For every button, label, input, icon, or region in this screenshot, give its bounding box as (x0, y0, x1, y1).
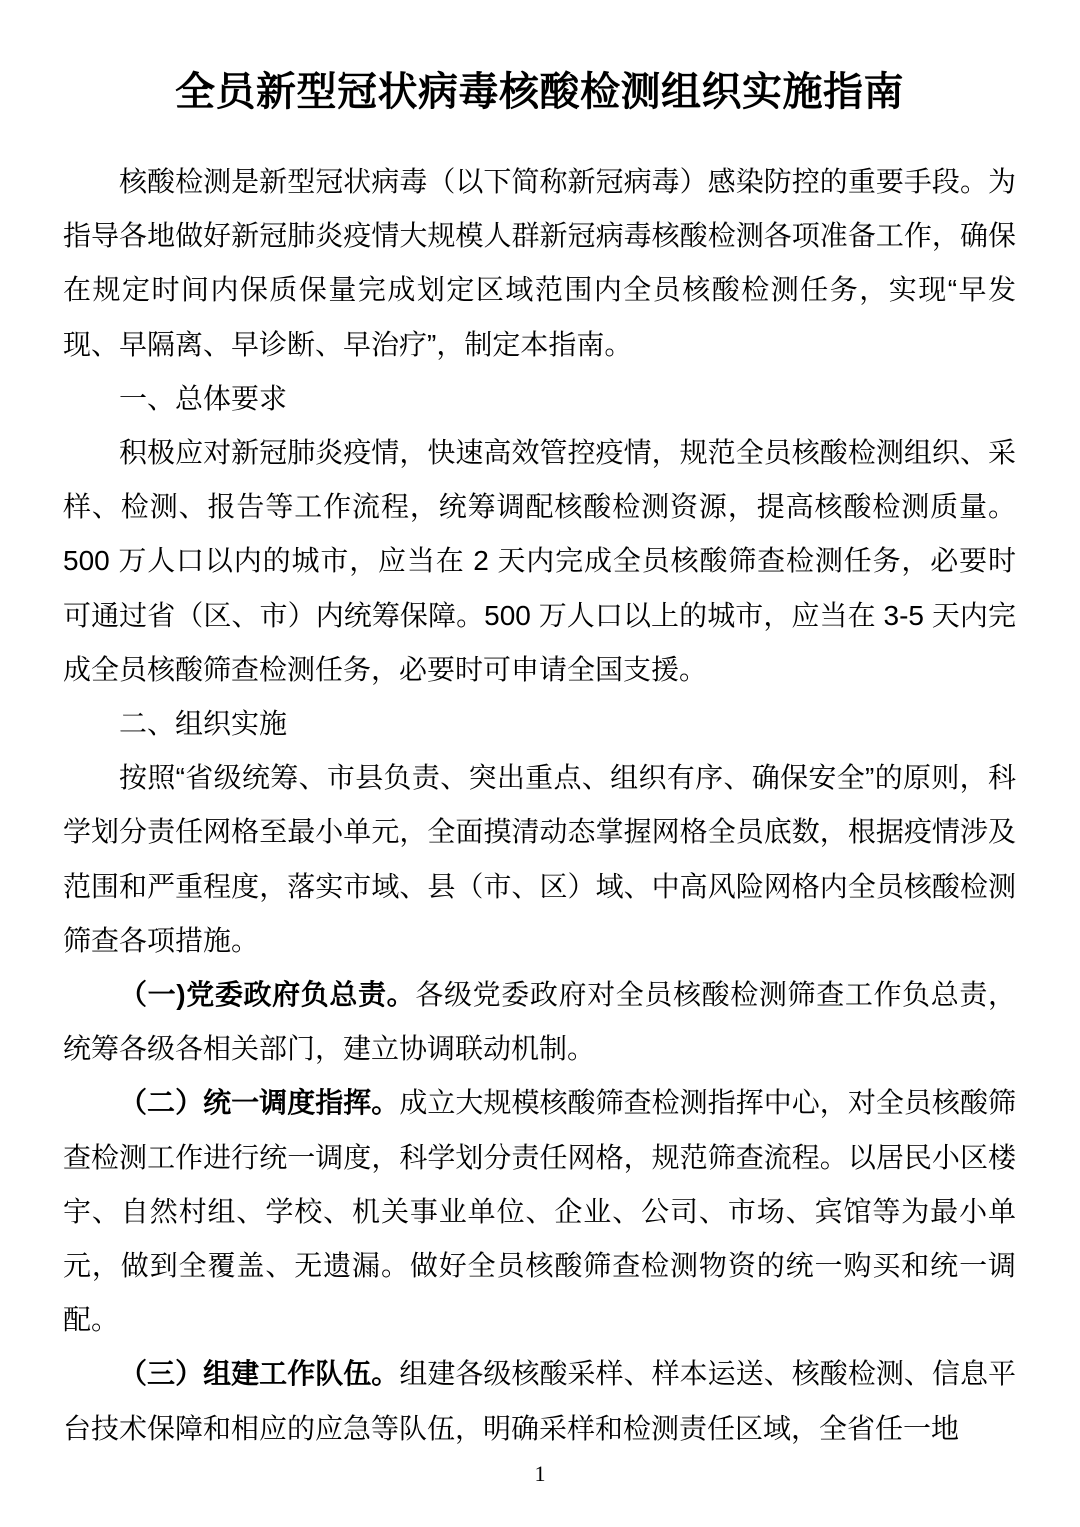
paragraph: 一、总体要求 (63, 372, 1016, 426)
paragraph: （一)党委政府负总责。各级党委政府对全员核酸检测筛查工作负总责，统筹各级各相关部… (63, 968, 1016, 1076)
document-page: 全员新型冠状病毒核酸检测组织实施指南 核酸检测是新型冠状病毒（以下简称新冠病毒）… (0, 0, 1080, 1527)
paragraph: 二、组织实施 (63, 697, 1016, 751)
paragraph-text: 一、总体要求 (119, 383, 287, 414)
document-title: 全员新型冠状病毒核酸检测组织实施指南 (63, 63, 1016, 121)
paragraph-text: 积极应对新冠肺炎疫情，快速高效管控疫情，规范全员核酸检测组织、采样、检测、报告等… (63, 437, 1016, 685)
paragraph: 核酸检测是新型冠状病毒（以下简称新冠病毒）感染防控的重要手段。为指导各地做好新冠… (63, 155, 1016, 372)
paragraph: （二）统一调度指挥。成立大规模核酸筛查检测指挥中心，对全员核酸筛查检测工作进行统… (63, 1076, 1016, 1347)
page-number: 1 (535, 1461, 546, 1486)
paragraph: 积极应对新冠肺炎疫情，快速高效管控疫情，规范全员核酸检测组织、采样、检测、报告等… (63, 426, 1016, 697)
paragraph: 按照“省级统筹、市县负责、突出重点、组织有序、确保安全”的原则，科学划分责任网格… (63, 751, 1016, 968)
document-body: 核酸检测是新型冠状病毒（以下简称新冠病毒）感染防控的重要手段。为指导各地做好新冠… (63, 155, 1016, 1456)
paragraph-text: 按照“省级统筹、市县负责、突出重点、组织有序、确保安全”的原则，科学划分责任网格… (63, 762, 1016, 956)
paragraph-text: 成立大规模核酸筛查检测指挥中心，对全员核酸筛查检测工作进行统一调度，科学划分责任… (63, 1087, 1016, 1335)
page-footer: 1 (0, 1463, 1080, 1485)
paragraph-lead: （一)党委政府负总责。 (119, 979, 415, 1010)
paragraph: （三）组建工作队伍。组建各级核酸采样、样本运送、核酸检测、信息平台技术保障和相应… (63, 1347, 1016, 1455)
paragraph-text: 核酸检测是新型冠状病毒（以下简称新冠病毒）感染防控的重要手段。为指导各地做好新冠… (63, 166, 1016, 360)
paragraph-text: 二、组织实施 (119, 708, 287, 739)
paragraph-lead: （二）统一调度指挥。 (119, 1087, 399, 1118)
paragraph-lead: （三）组建工作队伍。 (119, 1358, 399, 1389)
